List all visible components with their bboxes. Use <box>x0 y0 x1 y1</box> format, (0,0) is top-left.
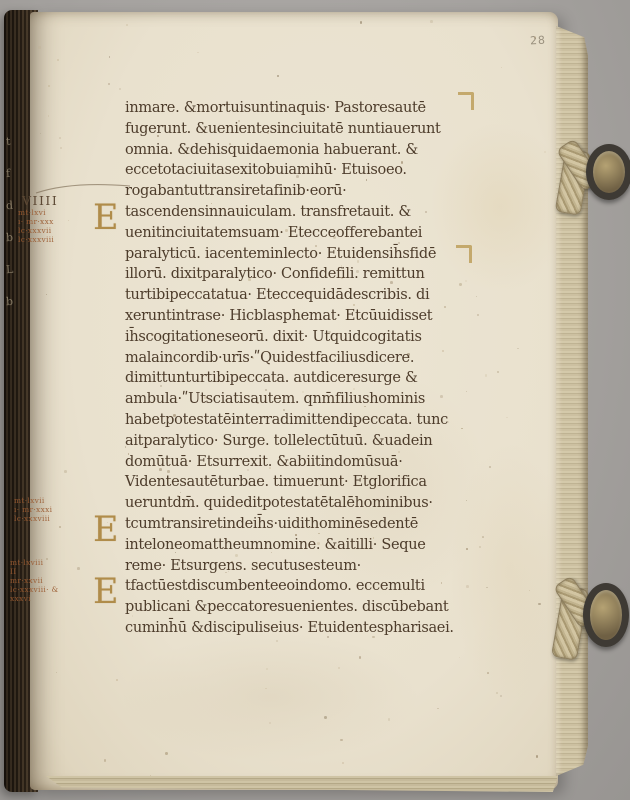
manuscript-text-line: habetpotestatēinterradimittendipeccata. … <box>125 410 454 431</box>
parchment-speckle <box>104 759 106 761</box>
canon-note-line: lc·xxxvii <box>18 226 54 235</box>
parchment-speckle <box>496 692 498 694</box>
parchment-speckle <box>544 151 546 153</box>
parchment-speckle <box>119 88 121 90</box>
line-text: omnia. &dehisquidaemonia habuerant. & <box>125 142 418 158</box>
canon-note-line: ı· mr·xxxi <box>14 505 52 514</box>
parchment-speckle <box>487 672 489 674</box>
manuscript-text-line: Videntesautēturbae. timuerunt· Etglorifi… <box>125 472 454 493</box>
manuscript-text-line: malaincordib·urīs·ʺQuidestfaciliusdicere… <box>125 348 454 369</box>
canon-note-line: lc·xxxviii <box>14 514 52 523</box>
line-text: illorū. dixitparalytico· Confidefili. re… <box>125 266 425 282</box>
line-text: turtibipeccatatua· Eteccequidādescribis.… <box>125 287 429 303</box>
line-text: habetpotestatēinterradimittendipeccata. … <box>125 412 448 428</box>
line-text: inmare. &mortuisuntinaquis· Pastoresautē <box>125 100 426 116</box>
parchment-speckle <box>48 115 50 117</box>
line-text: tascendensinnauiculam. transfretauit. & <box>125 204 411 220</box>
parchment-speckle <box>116 679 118 681</box>
parchment-speckle <box>46 294 47 295</box>
parchment-speckle <box>266 668 268 670</box>
edge-ghost-letter: t <box>6 135 11 148</box>
parchment-speckle <box>466 500 468 502</box>
line-text: publicani &peccatoresuenientes. discūbeb… <box>125 599 448 615</box>
parchment-speckle <box>277 75 279 77</box>
canon-note-line: ı· mr·xxx <box>18 217 54 226</box>
parchment-speckle <box>342 762 344 764</box>
clasp-ring-icon <box>583 583 629 647</box>
parchment-speckle <box>517 348 518 349</box>
line-text: cuminh̄ū &discipuliseius· Etuidentesphar… <box>125 620 454 636</box>
edge-ghost-letter: L <box>6 263 14 276</box>
canon-note-line: mt·lxviii <box>10 558 58 567</box>
line-text: malaincordib·urīs·ʺQuidestfaciliusdicere… <box>125 350 414 366</box>
canon-note-line: mt·lxvii <box>14 496 52 505</box>
line-text: aitparalytico· Surge. tollelectūtuū. &ua… <box>125 433 432 449</box>
paragraph-mark-icon <box>458 92 474 110</box>
parchment-speckle <box>388 718 390 720</box>
parchment-speckle <box>485 374 488 377</box>
parchment-speckle <box>276 640 278 642</box>
parchment-speckle <box>269 722 272 725</box>
parchment-speckle <box>529 590 530 591</box>
manuscript-text-line: ih̄scogitationeseorū. dixit· Utquidcogit… <box>125 327 454 348</box>
canon-note-line: II <box>10 567 58 576</box>
parchment-speckle <box>68 220 69 221</box>
parchment-speckle <box>359 656 361 658</box>
manuscript-text-line: paralyticū. iacenteminlecto· Etuidensih̄… <box>125 244 454 265</box>
parchment-speckle <box>197 52 198 53</box>
parchment-speckle <box>56 672 57 673</box>
manuscript-text-line: reme· Etsurgens. secutusesteum· <box>125 556 454 577</box>
manuscript-text-line: illorū. dixitparalytico· Confidefili. re… <box>125 264 454 285</box>
paragraph-mark-icon <box>456 245 472 263</box>
manuscript-text-line: Etascendensinnauiculam. transfretauit. & <box>125 202 454 223</box>
parchment-speckle <box>126 24 128 26</box>
line-text: reme· Etsurgens. secutusesteum· <box>125 558 361 574</box>
line-text: uenitinciuitatemsuam· Etecceofferebantei <box>125 225 422 241</box>
parchment-speckle <box>437 708 439 710</box>
manuscript-text-line: rogabantuttransiretafinib·eorū· <box>125 181 454 202</box>
parchment-speckle <box>459 283 462 286</box>
parchment-speckle <box>430 20 433 23</box>
manuscript-text-line: dimittunturtibipeccata. autdiceresurge & <box>125 368 454 389</box>
manuscript-text-line: domūtuā· Etsurrexit. &abiitindomūsuā· <box>125 452 454 473</box>
parchment-speckle <box>486 587 487 588</box>
illuminated-initial: E <box>93 575 118 610</box>
manuscript-book: tfdbLb 28 VIIII mt·lxviı· mr·xxxlc·xxxvi… <box>0 0 630 800</box>
manuscript-text-line: fugerunt. &uenientesinciuitatē nuntiauer… <box>125 119 454 140</box>
parchment-page: 28 VIIII mt·lxviı· mr·xxxlc·xxxviilc·xxx… <box>30 12 558 790</box>
line-text: eccetotaciuitasexitobuiamihū· Etuisoeo. <box>125 162 407 178</box>
parchment-stain <box>120 632 420 762</box>
clasp-ring-icon <box>586 144 630 200</box>
canon-table-note: mt·lxviiiIImr·xxviilc·xxxviii· &xxxvi <box>10 558 58 603</box>
line-text: Videntesautēturbae. timuerunt· Etglorifi… <box>125 474 427 490</box>
manuscript-text-line: publicani &peccatoresuenientes. discūbeb… <box>125 597 454 618</box>
parchment-speckle <box>340 739 342 741</box>
parchment-speckle <box>57 59 59 61</box>
parchment-speckle <box>108 83 110 85</box>
parchment-speckle <box>482 536 484 538</box>
parchment-speckle <box>497 371 499 373</box>
line-text: domūtuā· Etsurrexit. &abiitindomūsuā· <box>125 454 403 470</box>
parchment-speckle <box>265 688 267 690</box>
line-text: inteloneomattheumnomine. &aitilli· Seque <box>125 537 426 553</box>
manuscript-text-line: xeruntintrase· Hicblasphemat· Etcūuidiss… <box>125 306 454 327</box>
canon-note-line: xxxvi <box>10 594 58 603</box>
line-text: dimittunturtibipeccata. autdiceresurge & <box>125 370 418 386</box>
parchment-speckle <box>459 657 461 659</box>
canon-table-note: mt·lxviiı· mr·xxxilc·xxxviii <box>14 496 52 523</box>
parchment-speckle <box>48 85 50 87</box>
text-block: inmare. &mortuisuntinaquis· Pastoresautē… <box>125 98 454 639</box>
line-text: tcumtransiretindeih̄s·uidithominēsedentē <box>125 516 418 532</box>
line-text: tfactūestdiscumbenteeoindomo. eccemulti <box>125 578 425 594</box>
illuminated-initial: E <box>93 513 118 548</box>
parchment-speckle <box>477 314 479 316</box>
parchment-speckle <box>536 755 539 758</box>
parchment-speckle <box>479 546 481 548</box>
parchment-speckle <box>165 752 168 755</box>
manuscript-text-line: Etcumtransiretindeih̄s·uidithominēsedent… <box>125 514 454 535</box>
manuscript-text-line: inteloneomattheumnomine. &aitilli· Seque <box>125 535 454 556</box>
parchment-speckle <box>489 466 491 468</box>
line-text: paralyticū. iacenteminlecto· Etuidensih̄… <box>125 246 436 262</box>
manuscript-text-line: cuminh̄ū &discipuliseius· Etuidentesphar… <box>125 618 454 639</box>
parchment-speckle <box>466 548 468 550</box>
edge-ghost-letter: f <box>6 167 11 180</box>
edge-ghost-letter: b <box>6 231 14 244</box>
parchment-speckle <box>538 603 541 606</box>
folio-number: 28 <box>530 34 547 48</box>
parchment-speckle <box>500 695 502 697</box>
parchment-speckle <box>461 428 463 430</box>
manuscript-text-line: ambula·ʺUtsciatisautem. qnm̄filiushomini… <box>125 389 454 410</box>
parchment-speckle <box>506 417 507 418</box>
line-text: rogabantuttransiretafinib·eorū· <box>125 183 346 199</box>
parchment-speckle <box>60 147 62 149</box>
edge-ghost-letter: b <box>6 295 14 308</box>
canon-note-line: lc·xxxviii· & <box>10 585 58 594</box>
margin-chapter-number: VIIII <box>22 193 58 208</box>
parchment-speckle <box>465 280 467 282</box>
parchment-speckle <box>77 567 80 570</box>
manuscript-text-line: turtibipeccatatua· Eteccequidādescribis.… <box>125 285 454 306</box>
manuscript-text-line: omnia. &dehisquidaemonia habuerant. & <box>125 140 454 161</box>
parchment-stain <box>450 442 570 702</box>
canon-table-note: mt·lxviı· mr·xxxlc·xxxviilc·xxxviii <box>18 208 54 244</box>
parchment-speckle <box>150 775 151 776</box>
manuscript-text-line: Etfactūestdiscumbenteeoindomo. eccemulti <box>125 576 454 597</box>
clasp-strap-bottom <box>557 577 629 665</box>
edge-ghost-letter: d <box>6 199 14 212</box>
parchment-speckle <box>360 21 362 23</box>
canon-note-line: mr·xxvii <box>10 576 58 585</box>
parchment-speckle <box>324 716 327 719</box>
parchment-speckle <box>59 137 61 139</box>
parchment-speckle <box>64 470 67 473</box>
parchment-speckle <box>109 56 110 57</box>
line-text: xeruntintrase· Hicblasphemat· Etcūuidiss… <box>125 308 432 324</box>
photo-background: tfdbLb 28 VIIII mt·lxviı· mr·xxxlc·xxxvi… <box>0 0 630 800</box>
canon-note-line: mt·lxvi <box>18 208 54 217</box>
line-text: ambula·ʺUtsciatisautem. qnm̄filiushomini… <box>125 391 425 407</box>
manuscript-text-line: uenitinciuitatemsuam· Etecceofferebantei <box>125 223 454 244</box>
parchment-speckle <box>40 133 41 134</box>
manuscript-text-line: eccetotaciuitasexitobuiamihū· Etuisoeo. <box>125 160 454 181</box>
parchment-speckle <box>38 46 41 49</box>
line-text: ih̄scogitationeseorū. dixit· Utquidcogit… <box>125 329 422 345</box>
manuscript-text-line: aitparalytico· Surge. tollelectūtuū. &ua… <box>125 431 454 452</box>
manuscript-text-line: ueruntdm̄. quideditpotestatētalēhominibu… <box>125 493 454 514</box>
clasp-strap-top <box>560 140 630 220</box>
parchment-speckle <box>59 526 61 528</box>
line-text: ueruntdm̄. quideditpotestatētalēhominibu… <box>125 495 433 511</box>
illuminated-initial: E <box>93 201 118 236</box>
parchment-speckle <box>466 391 467 392</box>
parchment-speckle <box>476 296 477 297</box>
line-text: fugerunt. &uenientesinciuitatē nuntiauer… <box>125 121 441 137</box>
parchment-speckle <box>501 67 502 68</box>
manuscript-text-line: inmare. &mortuisuntinaquis· Pastoresautē <box>125 98 454 119</box>
parchment-speckle <box>466 585 469 588</box>
parchment-speckle <box>338 667 340 669</box>
canon-note-line: lc·xxxviii <box>18 235 54 244</box>
